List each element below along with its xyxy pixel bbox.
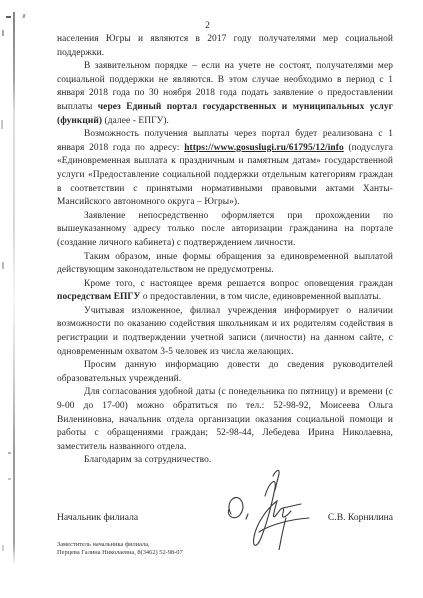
document-body: населения Югры и являются в 2017 году по… bbox=[57, 33, 393, 468]
paragraph: Таким образом, иные формы обращения за е… bbox=[57, 251, 393, 278]
scan-artifact-dash bbox=[6, 16, 11, 18]
scan-artifact-speck bbox=[8, 478, 11, 480]
text-run: Таким образом, иные формы обращения за е… bbox=[57, 252, 393, 276]
paragraph: населения Югры и являются в 2017 году по… bbox=[57, 33, 393, 60]
paragraph: Для согласования удобной даты (с понедел… bbox=[57, 386, 393, 454]
signer-name: С.В. Корнилина bbox=[328, 512, 393, 523]
scan-artifact-speck bbox=[2, 262, 4, 269]
scan-artifact-speck bbox=[8, 452, 11, 454]
text-run: Учитывая изложенное, филиал учреждения и… bbox=[57, 306, 393, 357]
text-run: о предоставлении, в том числе, единоврем… bbox=[140, 292, 381, 302]
text-run: Кроме того, с настоящее время решается в… bbox=[84, 279, 393, 289]
text-run: Благодарим за сотрудничество. bbox=[84, 455, 211, 465]
gosuslugi-url: https://www.gosuslugi.ru/61795/12/info bbox=[184, 143, 344, 153]
signer-position: Начальник филиала bbox=[57, 512, 138, 523]
text-run: (далее - ЕПГУ). bbox=[102, 116, 169, 126]
scan-artifact-speck bbox=[1, 120, 3, 129]
paragraph: Заявление непосредственно оформляется пр… bbox=[57, 210, 393, 251]
page-number: 2 bbox=[0, 21, 415, 31]
text-run: посредствам ЕПГУ bbox=[57, 292, 140, 302]
text-run: населения Югры и являются в 2017 году по… bbox=[57, 34, 393, 58]
signature-block: Начальник филиала С.В. Корнилина bbox=[57, 512, 393, 523]
paragraph: Просим данную информацию довести до свед… bbox=[57, 359, 393, 386]
text-run: Для согласования удобной даты (с понедел… bbox=[57, 387, 393, 451]
scan-artifact-speck bbox=[2, 545, 4, 551]
footer-contact: Заместитель начальника филиала, Перцева … bbox=[57, 541, 307, 557]
document-page: 2 населения Югры и являются в 2017 году … bbox=[0, 0, 423, 598]
paragraph: Кроме того, с настоящее время решается в… bbox=[57, 278, 393, 305]
paragraph: Учитывая изложенное, филиал учреждения и… bbox=[57, 305, 393, 359]
handwritten-signature bbox=[213, 462, 318, 550]
paragraph: В заявительном порядке – если на учете н… bbox=[57, 60, 393, 128]
paragraph: Возможность получения выплаты через порт… bbox=[57, 128, 393, 210]
text-run: Просим данную информацию довести до свед… bbox=[57, 360, 393, 384]
scan-artifact-vertical-line bbox=[13, 12, 15, 565]
footer-line-1: Заместитель начальника филиала, bbox=[57, 541, 307, 549]
text-run: Заявление непосредственно оформляется пр… bbox=[57, 211, 393, 248]
scan-artifact-tick bbox=[23, 14, 25, 18]
footer-line-2: Перцева Галина Николаевна, 8(3462) 52-98… bbox=[57, 549, 307, 557]
